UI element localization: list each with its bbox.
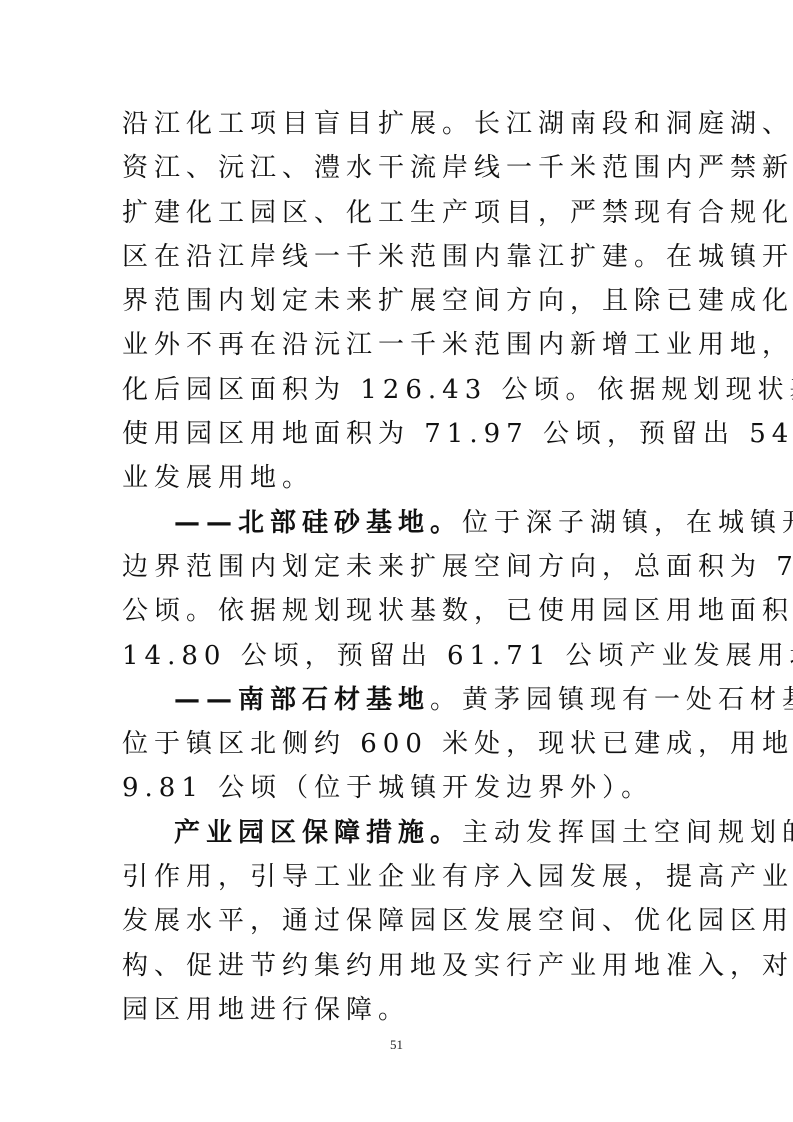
text-line: 公顷。依据规划现状基数，已使用园区用地面积为 — [122, 589, 674, 633]
south-base-paragraph-start: ——南部石材基地。黄茅园镇现有一处石材基地， — [122, 678, 674, 722]
text-line: 14.80 公顷，预留出 61.71 公顷产业发展用地。 — [122, 634, 674, 678]
north-base-paragraph-start: ——北部硅砂基地。位于深子湖镇，在城镇开发 — [122, 501, 674, 545]
text-line: 化后园区面积为 126.43 公顷。依据规划现状基数，已 — [122, 368, 674, 412]
text-line: 业发展用地。 — [122, 456, 674, 500]
text-line: 业外不再在沿沅江一千米范围内新增工业用地，则优 — [122, 323, 674, 367]
guarantee-text: 主动发挥国土空间规划的指 — [462, 818, 793, 848]
text-line: 园区用地进行保障。 — [122, 988, 674, 1032]
text-line: 构、促进节约集约用地及实行产业用地准入，对产业 — [122, 944, 674, 988]
text-line: 资江、沅江、澧水干流岸线一千米范围内严禁新建、 — [122, 146, 674, 190]
text-line: 发展水平，通过保障园区发展空间、优化园区用地结 — [122, 899, 674, 943]
south-base-heading: ——南部石材基地 — [174, 685, 430, 715]
guarantee-heading: 产业园区保障措施。 — [174, 818, 462, 848]
text-line: 使用园区用地面积为 71.97 公顷，预留出 54.46 公顷产 — [122, 412, 674, 456]
body-text: 沿江化工项目盲目扩展。长江湖南段和洞庭湖、湘江、 资江、沅江、澧水干流岸线一千米… — [122, 102, 674, 1032]
text-line: 边界范围内划定未来扩展空间方向，总面积为 76.51 — [122, 545, 674, 589]
text-line: 沿江化工项目盲目扩展。长江湖南段和洞庭湖、湘江、 — [122, 102, 674, 146]
north-base-text: 位于深子湖镇，在城镇开发 — [462, 508, 793, 538]
south-base-text: 。黄茅园镇现有一处石材基地， — [430, 685, 793, 715]
north-base-heading: ——北部硅砂基地。 — [174, 508, 462, 538]
page-number: 51 — [0, 1037, 793, 1053]
text-line: 引作用，引导工业企业有序入园发展，提高产业集聚 — [122, 855, 674, 899]
text-line: 位于镇区北侧约 600 米处，现状已建成，用地面积约 — [122, 722, 674, 766]
text-line: 界范围内划定未来扩展空间方向，且除已建成化工企 — [122, 279, 674, 323]
text-line: 扩建化工园区、化工生产项目，严禁现有合规化工园 — [122, 191, 674, 235]
document-page: 沿江化工项目盲目扩展。长江湖南段和洞庭湖、湘江、 资江、沅江、澧水干流岸线一千米… — [0, 0, 793, 1122]
text-line: 区在沿江岸线一千米范围内靠江扩建。在城镇开发边 — [122, 235, 674, 279]
text-line: 9.81 公顷（位于城镇开发边界外）。 — [122, 766, 674, 810]
guarantee-paragraph-start: 产业园区保障措施。主动发挥国土空间规划的指 — [122, 811, 674, 855]
